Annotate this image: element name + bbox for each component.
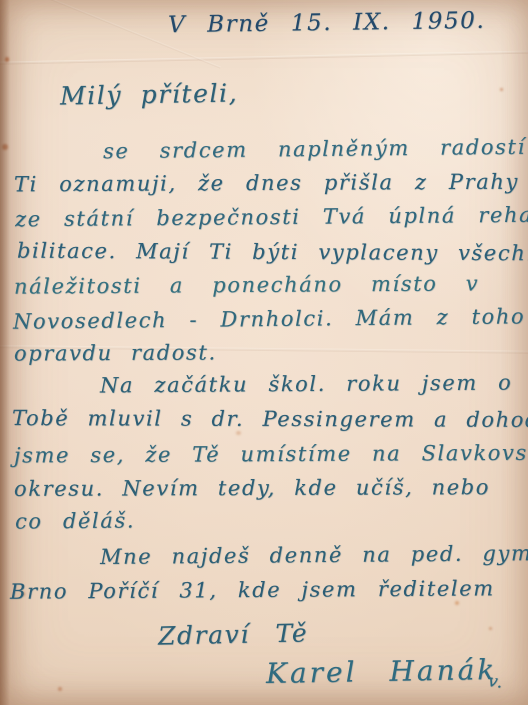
foxing-spot	[58, 687, 62, 691]
letter-line: opravdu radost.	[14, 340, 217, 365]
paper-crease	[0, 50, 528, 65]
letter-page: V Brně 15. IX. 1950. Milý příteli, se sr…	[0, 0, 528, 705]
foxing-spot	[489, 627, 492, 630]
letter-line: se srdcem naplněným radostí	[103, 135, 526, 163]
foxing-spot	[236, 431, 241, 435]
letter-line: Novosedlech - Drnholci. Mám z toho	[13, 304, 525, 333]
letter-line: Ti oznamuji, že dnes přišla z Prahy	[14, 170, 519, 197]
letter-line: Tobě mluvil s dr. Pessingerem a dohodli	[12, 406, 528, 432]
letter-line: bilitace. Mají Ti býti vyplaceny všechny	[17, 239, 528, 266]
foxing-spot	[5, 57, 9, 62]
letter-closing: Zdraví Tě	[158, 618, 309, 650]
letter-line: okresu. Nevím tedy, kde učíš, nebo	[14, 475, 490, 501]
foxing-spot	[500, 88, 503, 91]
foxing-spot	[2, 144, 8, 150]
foxing-spot	[455, 601, 459, 605]
letter-line: jsme se, že Tě umístíme na Slavkovském	[14, 441, 528, 468]
paper-edge-shading	[0, 0, 10, 705]
letter-line: Na začátku škol. roku jsem o	[100, 371, 513, 398]
letter-salutation: Milý příteli,	[60, 78, 239, 110]
letter-signature: Karel Hanák	[266, 653, 498, 690]
letter-line: co děláš.	[15, 508, 135, 533]
signature-mark: v.	[487, 671, 506, 693]
letter-date: V Brně 15. IX. 1950.	[168, 8, 486, 38]
letter-line: Mne najdeš denně na ped. gymn.	[100, 541, 528, 569]
letter-line: Brno Poříčí 31, kde jsem ředitelem	[10, 576, 495, 603]
letter-line: ze státní bezpečnosti Tvá úplná reha-	[15, 203, 528, 232]
letter-line: náležitosti a ponecháno místo v	[14, 271, 479, 298]
